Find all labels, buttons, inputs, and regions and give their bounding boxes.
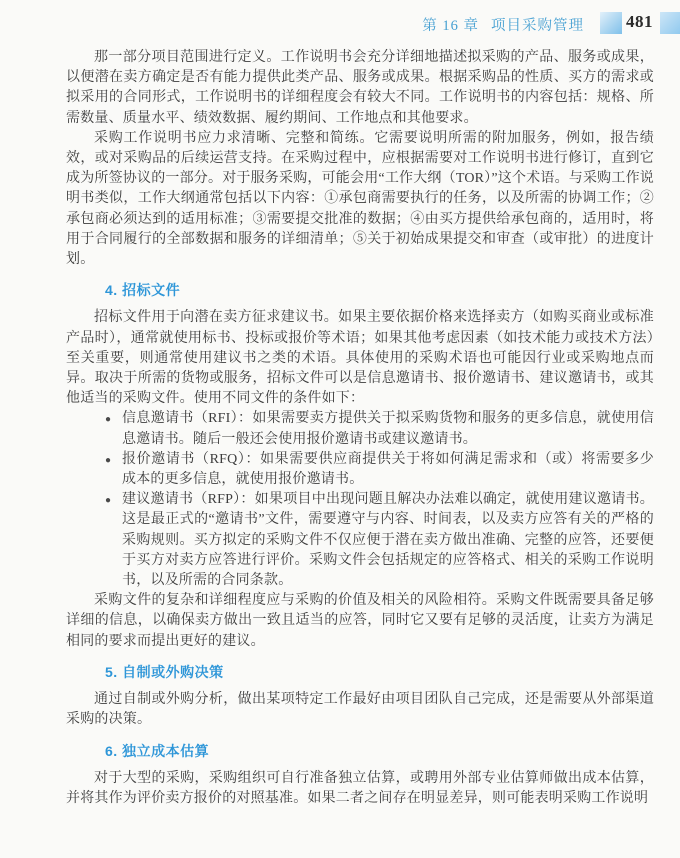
bullet-icon: ● <box>105 451 111 471</box>
section-heading-independent-estimate: 6. 独立成本估算 <box>66 741 654 761</box>
chapter-number: 第 16 章 <box>422 18 479 34</box>
section-heading-bid-documents: 4. 招标文件 <box>66 280 654 300</box>
bullet-icon: ● <box>105 410 111 430</box>
list-item-text: 信息邀请书（RFI）：如果需要卖方提供关于拟采购货物和服务的更多信息，就使用信息… <box>122 411 654 446</box>
paragraph-scope-intro: 那一部分项目范围进行定义。工作说明书会充分详细地描述拟采购的产品、服务或成果，以… <box>66 48 654 129</box>
bid-document-types-list: ● 信息邀请书（RFI）：如果需要卖方提供关于拟采购货物和服务的更多信息，就使用… <box>66 409 654 591</box>
section-heading-make-or-buy: 5. 自制或外购决策 <box>66 662 654 682</box>
decorative-square-icon <box>600 12 622 34</box>
list-item-rfq: ● 报价邀请书（RFQ）：如果需要供应商提供关于将如何满足需求和（或）将需要多少… <box>66 450 654 490</box>
chapter-title: 项目采购管理 <box>491 18 584 34</box>
list-item-text: 建议邀请书（RFP）：如果项目中出现问题且解决办法难以确定，就使用建议邀请书。这… <box>122 492 654 588</box>
paragraph-make-or-buy: 通过自制或外购分析，做出某项特定工作最好由项目团队自己完成，还是需要从外部渠道采… <box>66 690 654 730</box>
list-item-text: 报价邀请书（RFQ）：如果需要供应商提供关于将如何满足需求和（或）将需要多少成本… <box>122 452 654 487</box>
running-head: 第 16 章项目采购管理 481 <box>0 10 680 36</box>
chapter-label: 第 16 章项目采购管理 <box>422 14 584 35</box>
paragraph-independent-estimate: 对于大型的采购，采购组织可自行准备独立估算，或聘用外部专业估算师做出成本估算，并… <box>66 769 654 809</box>
paragraph-bid-documents: 招标文件用于向潜在卖方征求建议书。如果主要依据价格来选择卖方（如购买商业或标准产… <box>66 308 654 409</box>
list-item-rfi: ● 信息邀请书（RFI）：如果需要卖方提供关于拟采购货物和服务的更多信息，就使用… <box>66 409 654 449</box>
book-page: 第 16 章项目采购管理 481 那一部分项目范围进行定义。工作说明书会充分详细… <box>0 0 680 858</box>
paragraph-sow: 采购工作说明书应力求清晰、完整和简练。它需要说明所需的附加服务，例如，报告绩效，… <box>66 129 654 270</box>
list-item-rfp: ● 建议邀请书（RFP）：如果项目中出现问题且解决办法难以确定，就使用建议邀请书… <box>66 490 654 591</box>
page-content: 那一部分项目范围进行定义。工作说明书会充分详细地描述拟采购的产品、服务或成果，以… <box>66 48 654 809</box>
decorative-square-icon <box>660 12 680 34</box>
page-number: 481 <box>626 12 653 32</box>
bullet-icon: ● <box>105 491 111 511</box>
paragraph-document-complexity: 采购文件的复杂和详细程度应与采购的价值及相关的风险相符。采购文件既需要具备足够详… <box>66 591 654 652</box>
